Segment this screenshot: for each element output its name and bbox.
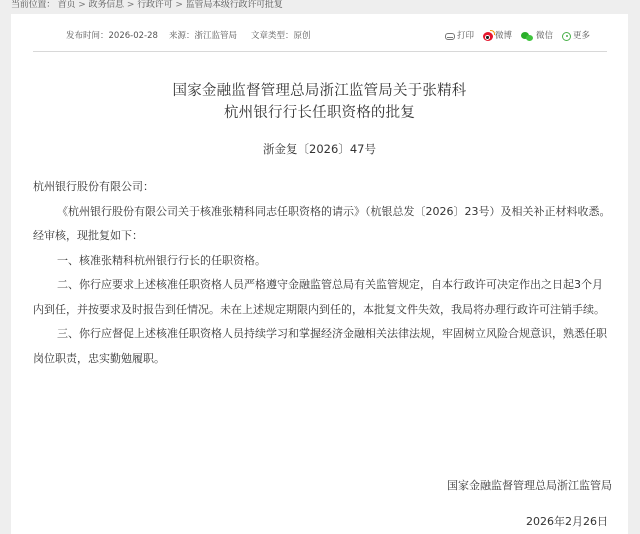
title-line-2: 杭州银行行长任职资格的批复 xyxy=(11,102,628,124)
source-value: 浙江监管局 xyxy=(195,31,238,41)
document-number: 浙金复〔2026〕47号 xyxy=(11,141,628,157)
wechat-share-button[interactable]: 微信 xyxy=(521,30,553,42)
breadcrumb-local-approvals[interactable]: 监管局本级行政许可批复 xyxy=(186,0,283,10)
issue-date: 2026年2月26日 xyxy=(526,515,608,528)
doc-type: 文章类型：原创 xyxy=(251,30,311,42)
breadcrumb-admin-license[interactable]: 行政许可 xyxy=(137,0,172,10)
source: 来源：浙江监管局 xyxy=(169,30,237,42)
more-share-button[interactable]: 更多 xyxy=(562,30,590,42)
issuer-signature: 国家金融监督管理总局浙江监管局 xyxy=(447,479,612,493)
breadcrumb-separator: > xyxy=(127,0,134,10)
weibo-label: 微博 xyxy=(495,30,512,42)
document-title: 国家金融监督管理总局浙江监管局关于张精科 杭州银行行长任职资格的批复 xyxy=(11,80,628,124)
article-meta: 发布时间：2026-02-28 来源：浙江监管局 文章类型：原创 打印 微博 微… xyxy=(11,30,628,44)
breadcrumb-separator: > xyxy=(175,0,182,10)
breadcrumb-gov-info[interactable]: 政务信息 xyxy=(89,0,124,10)
page-margin xyxy=(628,14,640,528)
source-label: 来源： xyxy=(169,31,195,41)
meta-divider xyxy=(33,51,607,52)
print-label: 打印 xyxy=(457,30,474,42)
paragraph-intro: 《杭州银行股份有限公司关于核准张精科同志任职资格的请示》（杭银总发〔2026〕2… xyxy=(33,200,611,249)
publish-time: 发布时间：2026-02-28 xyxy=(66,30,158,42)
more-label: 更多 xyxy=(573,30,590,42)
paragraph-item-3: 三、你行应督促上述核准任职资格人员持续学习和掌握经济金融相关法律法规，牢固树立风… xyxy=(33,322,611,371)
more-icon xyxy=(562,32,571,41)
weibo-icon xyxy=(483,32,493,41)
breadcrumb-home[interactable]: 首页 xyxy=(58,0,76,10)
breadcrumb-separator: > xyxy=(78,0,85,10)
title-line-1: 国家金融监督管理总局浙江监管局关于张精科 xyxy=(11,80,628,102)
wechat-icon xyxy=(521,32,534,41)
wechat-label: 微信 xyxy=(536,30,553,42)
print-icon xyxy=(445,33,455,40)
breadcrumb: 当前位置： 首页>政务信息>行政许可>监管局本级行政许可批复 xyxy=(11,0,283,13)
document-body: 杭州银行股份有限公司： 《杭州银行股份有限公司关于核准张精科同志任职资格的请示》… xyxy=(33,175,611,371)
paragraph-item-2: 二、你行应要求上述核准任职资格人员严格遵守金融监管总局有关监管规定，自本行政许可… xyxy=(33,273,611,322)
doc-type-value: 原创 xyxy=(294,31,311,41)
print-button[interactable]: 打印 xyxy=(445,30,474,42)
publish-time-label: 发布时间： xyxy=(66,31,109,41)
paragraph-item-1: 一、核准张精科杭州银行行长的任职资格。 xyxy=(33,249,611,274)
share-toolbar: 打印 微博 微信 更多 xyxy=(445,30,599,42)
breadcrumb-label: 当前位置： xyxy=(11,0,55,10)
content-panel: 发布时间：2026-02-28 来源：浙江监管局 文章类型：原创 打印 微博 微… xyxy=(11,14,628,528)
doc-type-label: 文章类型： xyxy=(251,31,294,41)
publish-time-value: 2026-02-28 xyxy=(109,31,158,41)
addressee: 杭州银行股份有限公司： xyxy=(33,175,611,200)
weibo-share-button[interactable]: 微博 xyxy=(483,30,512,42)
